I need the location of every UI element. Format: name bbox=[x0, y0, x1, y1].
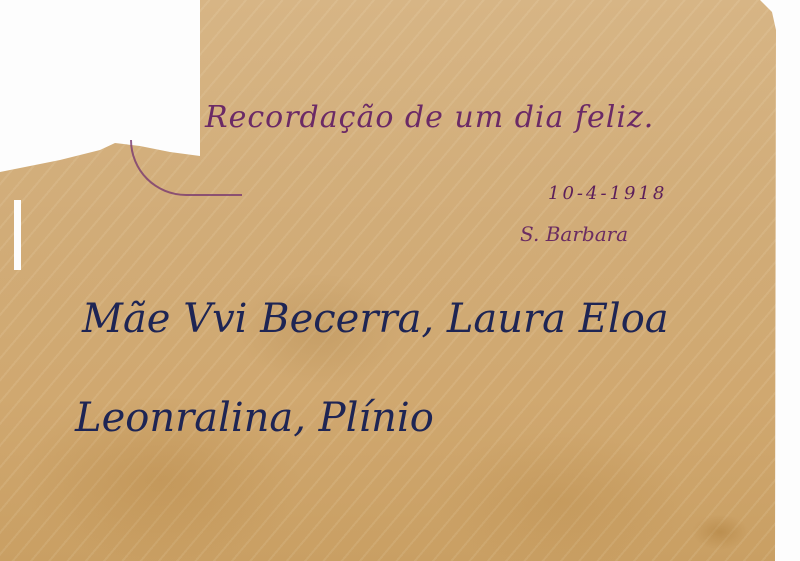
paper-tear bbox=[14, 200, 21, 270]
names-line-2: Leonralina, Plínio bbox=[75, 395, 434, 441]
dedication-title: Recordação de um dia feliz. bbox=[205, 100, 654, 135]
dedication-date: 10-4-1918 bbox=[548, 183, 667, 204]
dedication-place: S. Barbara bbox=[520, 222, 628, 246]
aged-paper bbox=[0, 0, 800, 561]
names-line-1: Mãe Vvi Becerra, Laura Eloa bbox=[82, 296, 669, 342]
